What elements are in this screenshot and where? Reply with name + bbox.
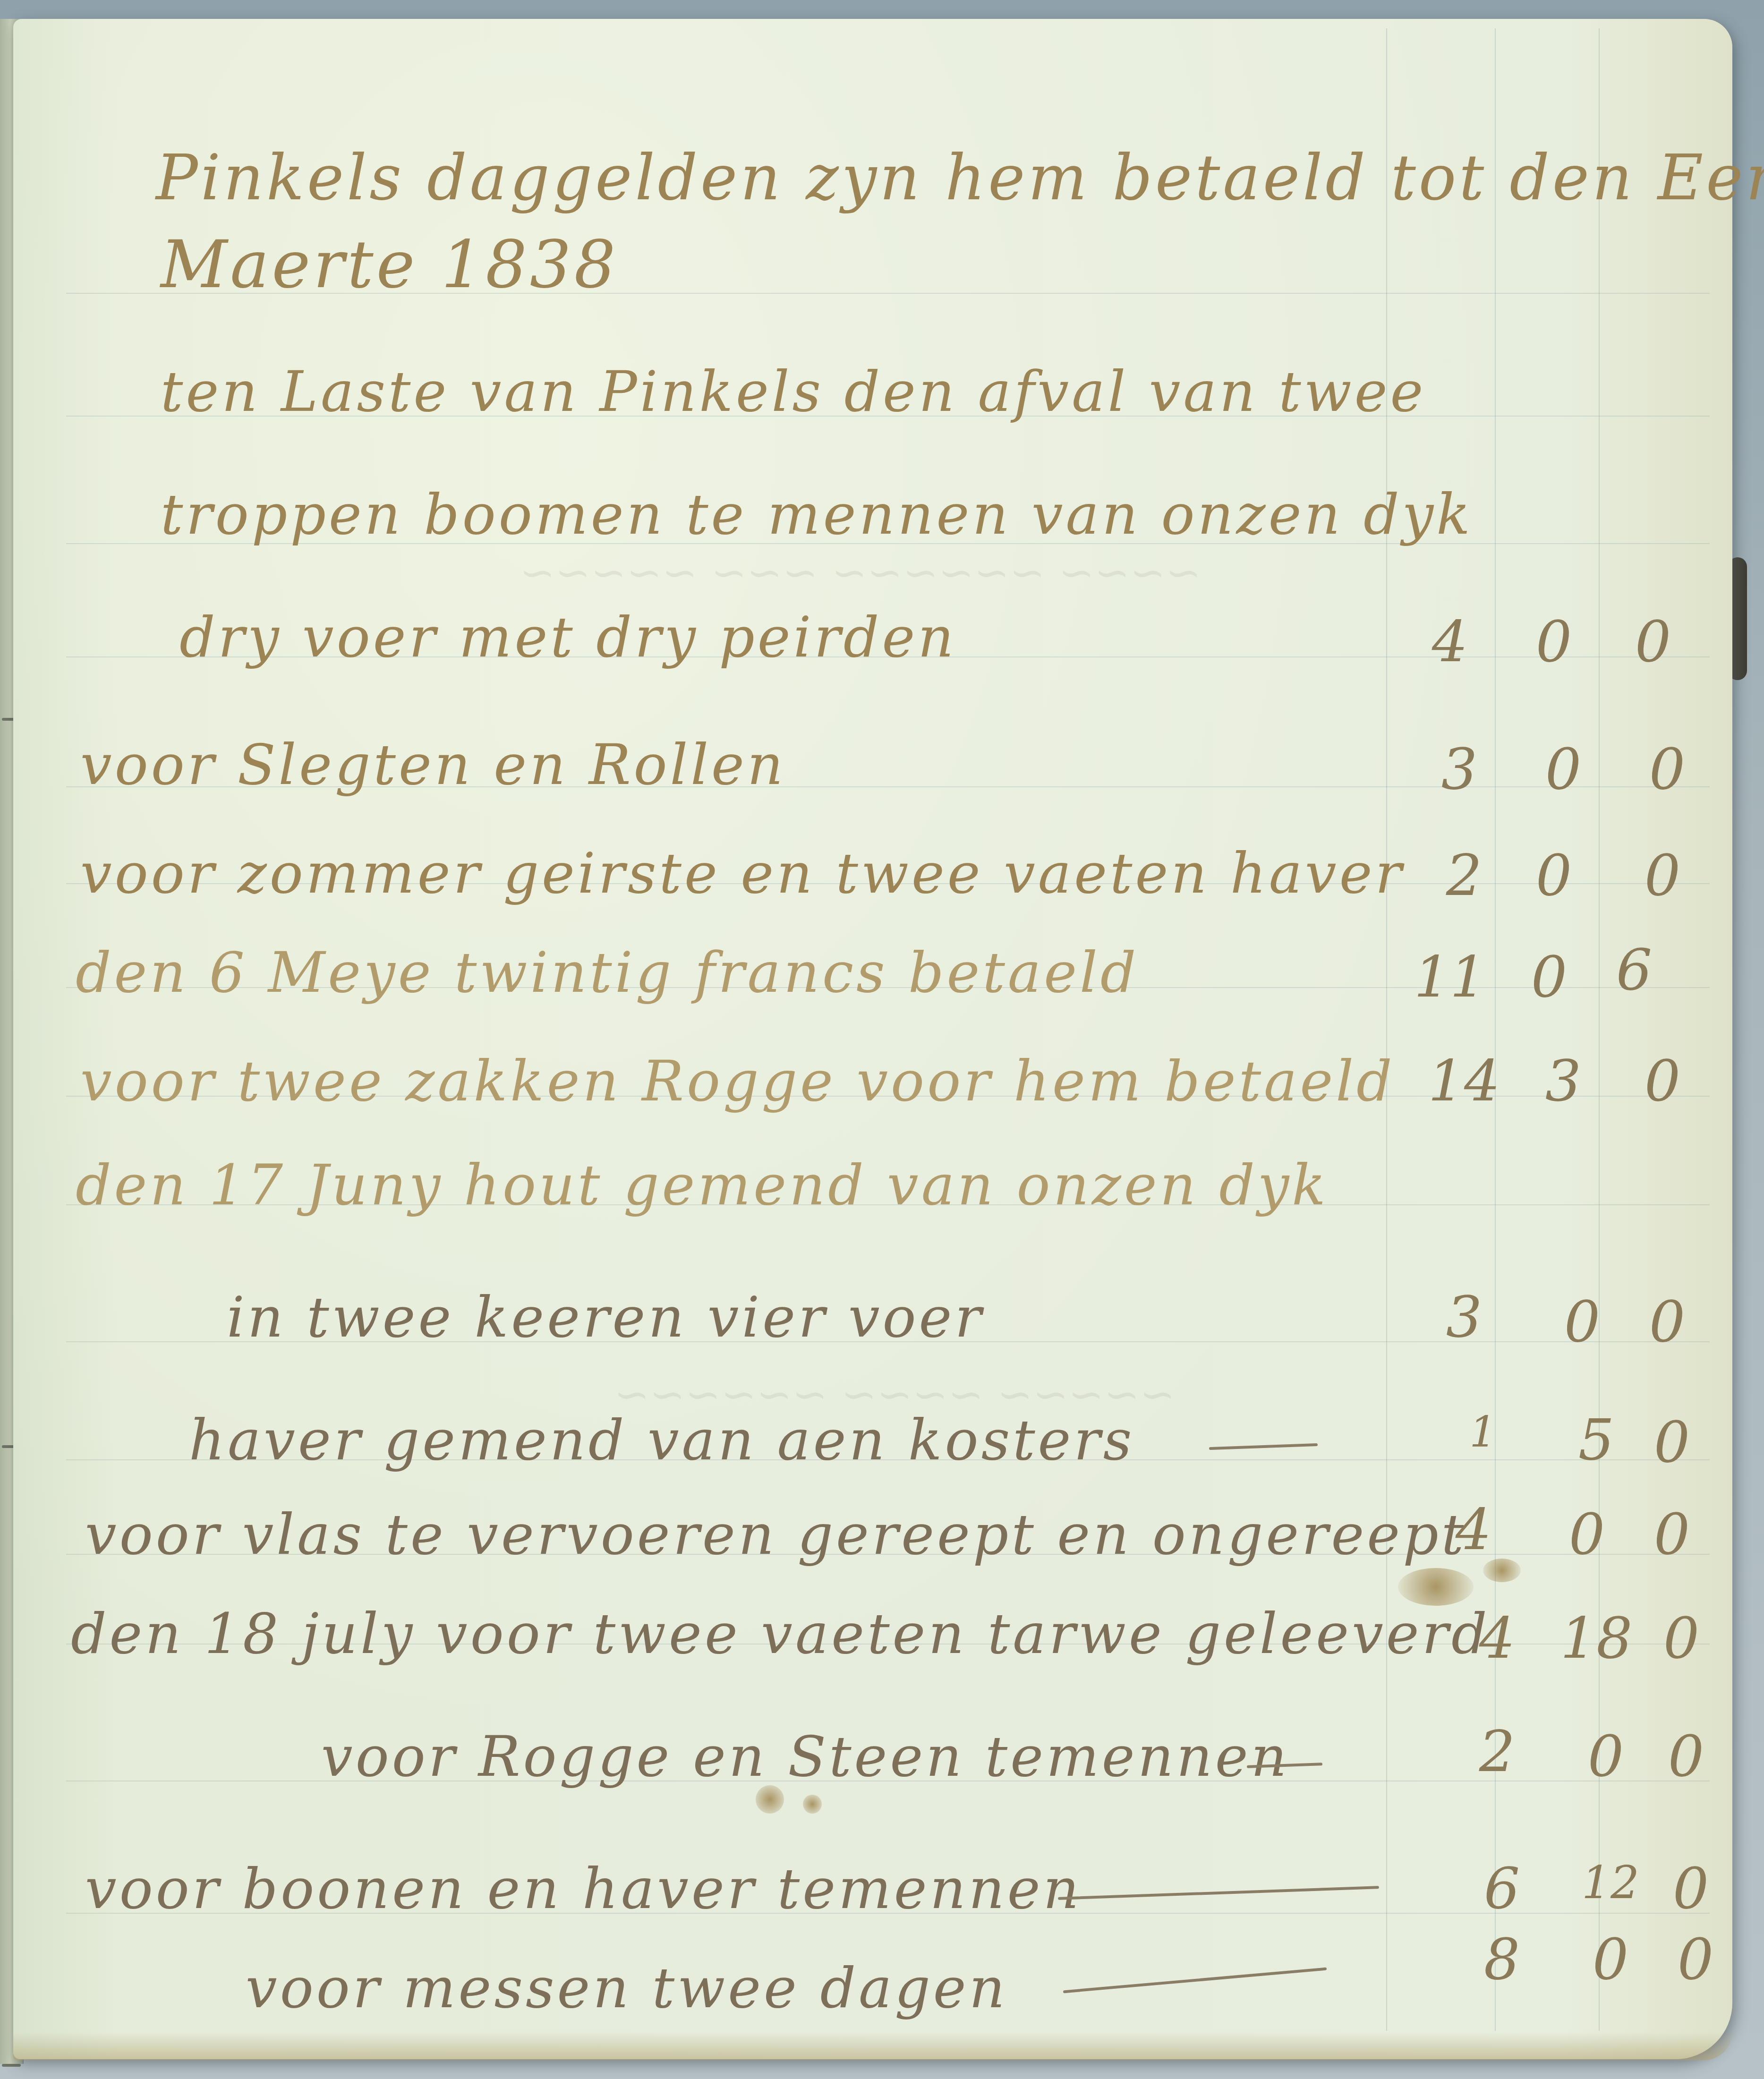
entry-description: voor Slegten en Rollen (80, 732, 786, 797)
amount-penningen: 0 (1625, 1048, 1700, 1114)
amount-penningen: 0 (1644, 1606, 1719, 1671)
entry-description: den 6 Meye twintig francs betaeld (76, 940, 1139, 1005)
amount-guldens: 11 (1412, 945, 1488, 1010)
binding-stitch (2, 2064, 21, 2067)
entry-description: in twee keeren vier voer (227, 1285, 984, 1350)
amount-penningen: 0 (1648, 1724, 1724, 1789)
amount-guldens: 1 (1445, 1407, 1521, 1457)
amount-penningen: 6 (1596, 937, 1672, 1003)
amount-guldens: 3 (1426, 1285, 1502, 1350)
amount-penningen: 0 (1625, 843, 1700, 909)
ink-blot (803, 1795, 822, 1814)
entry-description: voor Rogge en Steen temennen (321, 1724, 1290, 1789)
amount-guldens: 3 (1422, 737, 1497, 802)
amount-stuivers: 0 (1549, 1502, 1625, 1568)
amount-stuivers: 0 (1525, 737, 1601, 802)
entry-description: haver gemend van aen kosters (189, 1407, 1134, 1473)
amount-penningen: 0 (1634, 1410, 1710, 1475)
amount-stuivers: 0 (1516, 609, 1592, 675)
entry-description: dry voer met dry peirden (179, 605, 956, 670)
amount-penningen: 0 (1658, 1927, 1733, 1993)
entry-description: voor zommer geirste en twee vaeten haver (80, 841, 1405, 906)
entry-description: den 17 Juny hout gemend van onzen dyk (76, 1152, 1329, 1218)
amount-penningen: 0 (1629, 1289, 1705, 1355)
show-through-text: ~~~~ ~~~~~~ ~~~ ~~~~~ (520, 548, 1201, 597)
entry-description: den 18 july voor twee vaeten tarwe gelee… (71, 1601, 1490, 1666)
ink-blot (756, 1785, 784, 1814)
amount-stuivers: 0 (1568, 1724, 1644, 1789)
amount-stuivers: 3 (1525, 1048, 1601, 1114)
amount-penningen: 0 (1634, 1502, 1710, 1568)
amount-guldens: 8 (1464, 1927, 1540, 1993)
amount-penningen: 0 (1615, 609, 1691, 675)
amount-guldens: 4 (1436, 1497, 1511, 1563)
amount-guldens: 4 (1459, 1606, 1535, 1671)
entry-description: voor vlas te vervoeren gereept en ongere… (85, 1502, 1466, 1567)
amount-stuivers: 18 (1559, 1606, 1634, 1671)
heading-line-2: Maerte 1838 (161, 227, 618, 303)
amount-stuivers: 5 (1559, 1407, 1634, 1473)
ink-blot (1398, 1568, 1474, 1606)
amount-guldens: 2 (1426, 843, 1502, 909)
column-rule (1386, 28, 1387, 2031)
ink-blot (1483, 1559, 1521, 1582)
amount-guldens: 2 (1459, 1719, 1535, 1785)
amount-guldens: 4 (1412, 609, 1488, 675)
entry-description: voor messen twee dagen (246, 1955, 1008, 2020)
intro-line-2: troppen boomen te mennen van onzen dyk (161, 482, 1473, 547)
page-stain-edge (13, 2032, 1732, 2060)
entry-description: voor twee zakken Rogge voor hem betaeld (80, 1048, 1395, 1114)
amount-guldens: 6 (1464, 1856, 1540, 1922)
heading-line-1: Pinkels daggelden zyn hem betaeld tot de… (156, 142, 1764, 214)
amount-penningen: 0 (1653, 1856, 1729, 1922)
intro-line-1: ten Laste van Pinkels den afval van twee (161, 359, 1426, 424)
amount-stuivers: 0 (1516, 843, 1592, 909)
amount-penningen: 0 (1629, 737, 1705, 802)
amount-stuivers: 12 (1573, 1856, 1648, 1909)
amount-guldens: 14 (1426, 1048, 1502, 1114)
amount-stuivers: 0 (1573, 1927, 1648, 1993)
entry-description: voor boonen en haver temennen (85, 1856, 1082, 1921)
amount-stuivers: 0 (1544, 1289, 1620, 1355)
amount-stuivers: 0 (1511, 945, 1587, 1010)
